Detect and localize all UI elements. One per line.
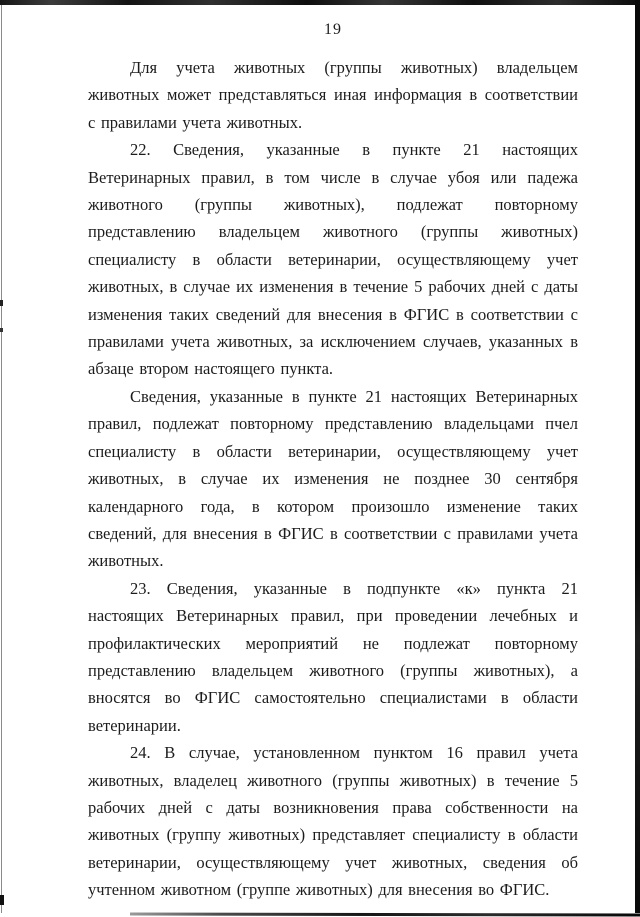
paragraph-intro-continuation: Для учета животных (группы животных) вла… bbox=[88, 54, 578, 136]
scan-speck bbox=[0, 895, 4, 905]
scan-edge-top bbox=[0, 0, 640, 5]
scan-speck bbox=[0, 328, 3, 332]
document-body: Для учета животных (группы животных) вла… bbox=[88, 54, 578, 904]
scanned-document-page: 19 Для учета животных (группы животных) … bbox=[0, 0, 640, 917]
paragraph-clause-24: 24. В случае, установленном пунктом 16 п… bbox=[88, 739, 578, 903]
paragraph-clause-22: 22. Сведения, указанные в пункте 21 наст… bbox=[88, 136, 578, 383]
scan-edge-right bbox=[635, 0, 640, 913]
scan-edge-bottom bbox=[130, 912, 640, 916]
paragraph-clause-22-bees: Сведения, указанные в пункте 21 настоящи… bbox=[88, 383, 578, 575]
page-number: 19 bbox=[88, 21, 578, 39]
paragraph-clause-23: 23. Сведения, указанные в подпункте «к» … bbox=[88, 575, 578, 739]
scan-speck bbox=[0, 300, 3, 306]
scan-edge-left bbox=[1, 5, 2, 913]
